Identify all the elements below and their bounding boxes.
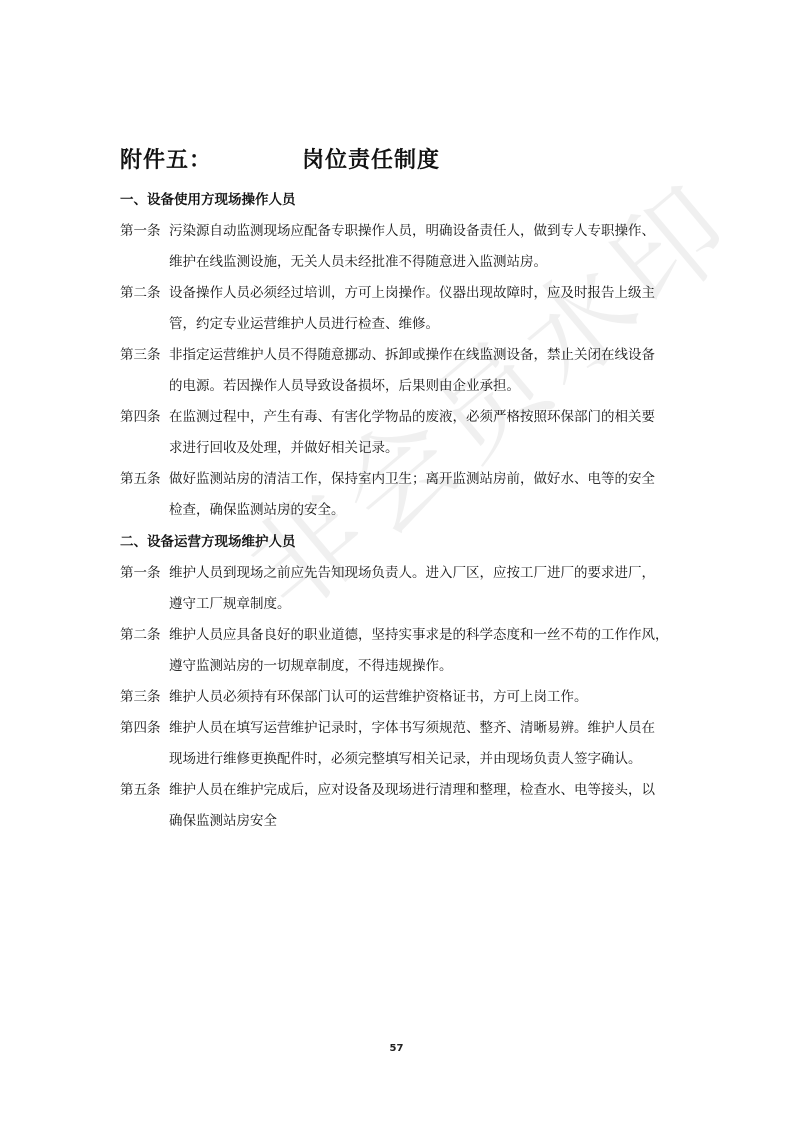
article-label: 第五条 bbox=[120, 467, 161, 487]
article-text: 维护人员在维护完成后，应对设备及现场进行清理和整理，检查水、电等接头，以 bbox=[169, 778, 655, 798]
section-heading-2: 二、设备运营方现场维护人员 bbox=[120, 530, 296, 550]
article-text: 检查，确保监测站房的安全。 bbox=[169, 498, 345, 518]
article-text: 在监测过程中，产生有毒、有害化学物品的废液，必须严格按照环保部门的相关要 bbox=[169, 405, 655, 425]
article-text: 维护在线监测设施，无关人员未经批准不得随意进入监测站房。 bbox=[169, 250, 547, 270]
article-label: 第一条 bbox=[120, 219, 161, 239]
article-text: 维护人员必须持有环保部门认可的运营维护资格证书，方可上岗工作。 bbox=[169, 685, 588, 705]
article-text: 的电源。若因操作人员导致设备损坏，后果则由企业承担。 bbox=[169, 374, 520, 394]
article-label: 第三条 bbox=[120, 685, 161, 705]
article-text: 维护人员在填写运营维护记录时，字体书写须规范、整齐、清晰易辨。维护人员在 bbox=[169, 716, 655, 736]
article-label: 第三条 bbox=[120, 343, 161, 363]
page-title: 附件五： 岗位责任制度 bbox=[120, 143, 212, 174]
article-text: 维护人员到现场之前应先告知现场负责人。进入厂区，应按工厂进厂的要求进厂， bbox=[169, 561, 655, 581]
article-text: 非指定运营维护人员不得随意挪动、拆卸或操作在线监测设备，禁止关闭在线设备 bbox=[169, 343, 655, 363]
article-text: 现场进行维修更换配件时，必须完整填写相关记录，并由现场负责人签字确认。 bbox=[169, 747, 642, 767]
section-heading-1: 一、设备使用方现场操作人员 bbox=[120, 188, 296, 208]
article-text: 遵守工厂规章制度。 bbox=[169, 592, 291, 612]
article-label: 第四条 bbox=[120, 405, 161, 425]
title-prefix: 附件五： bbox=[120, 148, 212, 173]
article-label: 第二条 bbox=[120, 281, 161, 301]
article-text: 确保监测站房安全 bbox=[169, 809, 277, 829]
article-text: 污染源自动监测现场应配备专职操作人员，明确设备责任人，做到专人专职操作、 bbox=[169, 219, 655, 239]
article-text: 遵守监测站房的一切规章制度，不得违规操作。 bbox=[169, 654, 453, 674]
article-text: 维护人员应具备良好的职业道德，坚持实事求是的科学态度和一丝不苟的工作作风， bbox=[169, 623, 669, 643]
page-number: 57 bbox=[0, 1043, 793, 1054]
title-main: 岗位责任制度 bbox=[302, 143, 440, 174]
document-page: 非会员水印 附件五： 岗位责任制度 一、设备使用方现场操作人员 第一条 污染源自… bbox=[0, 0, 793, 1122]
article-text: 管，约定专业运营维护人员进行检查、维修。 bbox=[169, 312, 439, 332]
article-label: 第五条 bbox=[120, 778, 161, 798]
article-text: 做好监测站房的清洁工作，保持室内卫生；离开监测站房前，做好水、电等的安全 bbox=[169, 467, 655, 487]
article-label: 第二条 bbox=[120, 623, 161, 643]
article-text: 设备操作人员必须经过培训，方可上岗操作。仪器出现故障时，应及时报告上级主 bbox=[169, 281, 655, 301]
article-label: 第一条 bbox=[120, 561, 161, 581]
article-text: 求进行回收及处理，并做好相关记录。 bbox=[169, 436, 399, 456]
article-label: 第四条 bbox=[120, 716, 161, 736]
